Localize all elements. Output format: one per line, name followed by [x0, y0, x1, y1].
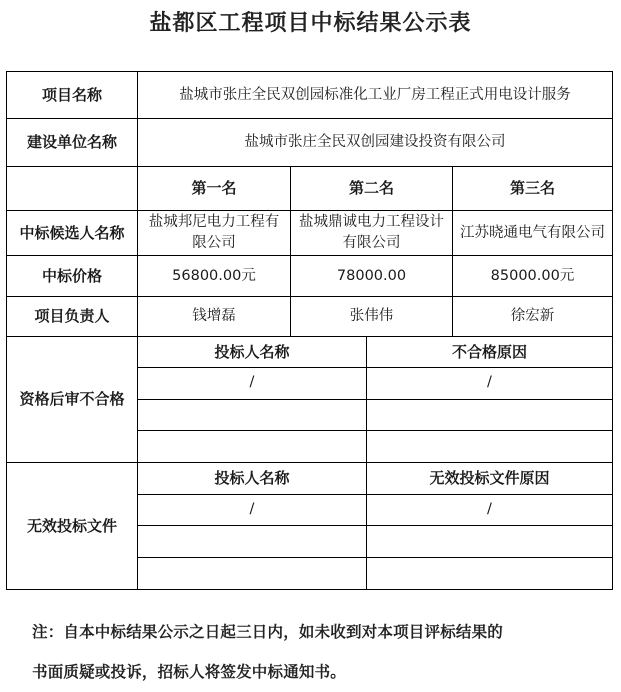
project-name-label: 项目名称	[7, 72, 138, 119]
row-ranks: 第一名 第二名 第三名	[7, 167, 613, 211]
invalid-header-bidder: 投标人名称	[138, 463, 367, 495]
row-project-name: 项目名称 盐城市张庄全民双创园标准化工业厂房工程正式用电设计服务	[7, 72, 613, 119]
disqualified-header-reason: 不合格原因	[367, 337, 613, 368]
manager-2: 张伟伟	[291, 297, 453, 337]
note-line-1: 注：自本中标结果公示之日起三日内，如未收到对本项目评标结果的	[32, 620, 503, 642]
page-title: 盐都区工程项目中标结果公示表	[0, 6, 621, 37]
price-label: 中标价格	[7, 256, 138, 297]
row-disqualified-header: 资格后审不合格 投标人名称 不合格原因	[7, 337, 613, 368]
invalid-header-reason: 无效投标文件原因	[367, 463, 613, 495]
note-line-2: 书面质疑或投诉，招标人将签发中标通知书。	[32, 660, 346, 682]
invalid-label: 无效投标文件	[7, 463, 138, 590]
price-2: 78000.00	[291, 256, 453, 297]
disqualified-header-bidder: 投标人名称	[138, 337, 367, 368]
row-builder: 建设单位名称 盐城市张庄全民双创园建设投资有限公司	[7, 119, 613, 167]
price-3: 85000.00元	[453, 256, 613, 297]
disqualified-bidder	[138, 400, 367, 431]
row-invalid-header: 无效投标文件 投标人名称 无效投标文件原因	[7, 463, 613, 495]
disqualified-label: 资格后审不合格	[7, 337, 138, 463]
project-name-value: 盐城市张庄全民双创园标准化工业厂房工程正式用电设计服务	[138, 72, 613, 119]
disqualified-reason	[367, 400, 613, 431]
rank-1: 第一名	[138, 167, 291, 211]
builder-label: 建设单位名称	[7, 119, 138, 167]
rank-3: 第三名	[453, 167, 613, 211]
disqualified-bidder: /	[138, 368, 367, 400]
builder-value: 盐城市张庄全民双创园建设投资有限公司	[138, 119, 613, 167]
rank-2: 第二名	[291, 167, 453, 211]
invalid-reason	[367, 526, 613, 558]
disqualified-reason	[367, 431, 613, 463]
rank-corner-cell	[7, 167, 138, 211]
manager-label: 项目负责人	[7, 297, 138, 337]
row-manager: 项目负责人 钱增磊 张伟伟 徐宏新	[7, 297, 613, 337]
invalid-bidder	[138, 526, 367, 558]
row-candidates: 中标候选人名称 盐城邦尼电力工程有限公司 盐城鼎诚电力工程设计有限公司 江苏晓通…	[7, 211, 613, 256]
price-1: 56800.00元	[138, 256, 291, 297]
row-price: 中标价格 56800.00元 78000.00 85000.00元	[7, 256, 613, 297]
candidates-label: 中标候选人名称	[7, 211, 138, 256]
disqualified-reason: /	[367, 368, 613, 400]
manager-1: 钱增磊	[138, 297, 291, 337]
candidate-3: 江苏晓通电气有限公司	[453, 211, 613, 256]
manager-3: 徐宏新	[453, 297, 613, 337]
invalid-bidder: /	[138, 495, 367, 526]
candidate-2: 盐城鼎诚电力工程设计有限公司	[291, 211, 453, 256]
invalid-reason	[367, 558, 613, 590]
invalid-reason: /	[367, 495, 613, 526]
disqualified-bidder	[138, 431, 367, 463]
candidate-1: 盐城邦尼电力工程有限公司	[138, 211, 291, 256]
invalid-bidder	[138, 558, 367, 590]
bid-result-table: 项目名称 盐城市张庄全民双创园标准化工业厂房工程正式用电设计服务 建设单位名称 …	[6, 71, 613, 590]
